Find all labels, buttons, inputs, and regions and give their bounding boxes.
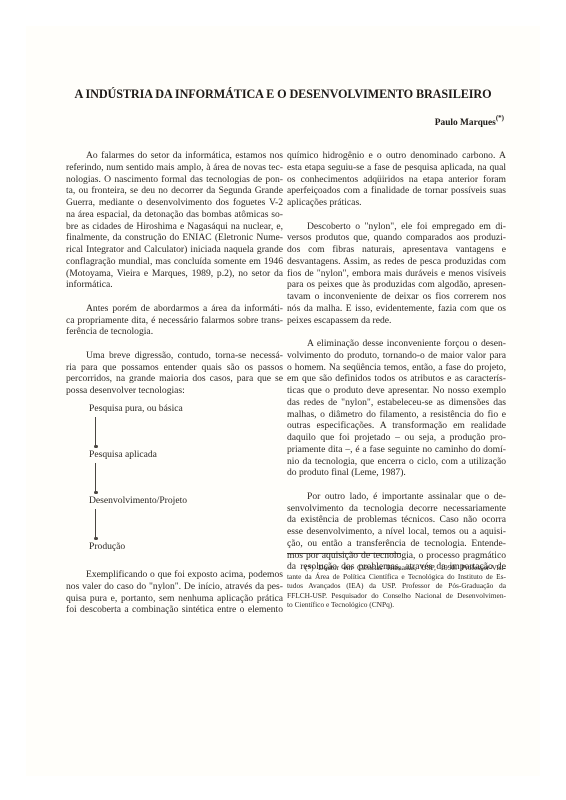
- text-line: esse desenvolvimento, a nível local, tem…: [287, 526, 506, 538]
- footnote-line: tante da Área de Política Científica e T…: [287, 572, 506, 581]
- arrow-down-icon: [95, 509, 96, 538]
- text-line: percorridos, na grande maioria dos casos…: [66, 373, 283, 385]
- text-line: Exemplificando o que foi exposto acima, …: [66, 569, 283, 581]
- text-line: priamente dita –, é a fase seguinte no c…: [287, 444, 506, 456]
- stage-basic-research: Pesquisa pura, ou básica: [89, 403, 183, 414]
- text-line: mos por aquisição de tecnologia, o proce…: [287, 550, 506, 562]
- text-line: tavam o inconveniente de deixar os fios …: [287, 291, 506, 303]
- text-line: Ao falarmes do setor da informática, est…: [66, 150, 283, 162]
- text-line: Uma breve digressão, contudo, torna-se n…: [66, 350, 283, 362]
- text-line: daquilo que foi projetado – ou seja, a p…: [287, 432, 506, 444]
- footnote-line: tudos Avançados (IEA) da USP. Professor …: [287, 581, 506, 590]
- text-line: nós da malha. E isso, evidentemente, faz…: [287, 303, 506, 315]
- text-line: aperfeiçoados com a finalidade de tornar…: [287, 185, 506, 197]
- text-line: versos produtos que, quando comparados a…: [287, 232, 506, 244]
- text-line: das redes de "nylon", estabeleceu-se as …: [287, 397, 506, 409]
- footnote-divider: [287, 553, 401, 554]
- text-line: ção, ou então a transferência de tecnolo…: [287, 538, 506, 550]
- right-column: químico hidrogênio e o outro denominado …: [287, 150, 506, 585]
- text-line: Por outro lado, é importante assinalar q…: [287, 491, 506, 503]
- paragraph-nylon-example: Exemplificando o que foi exposto acima, …: [66, 569, 283, 616]
- text-line: senvolvimento da tecnologia decorre nece…: [287, 503, 506, 515]
- text-line: Antes porém de abordarmos a área da info…: [66, 303, 283, 315]
- paragraph-digression: Uma breve digressão, contudo, torna-se n…: [66, 350, 283, 397]
- text-line: o homem. Na seqüência temos, então, a fa…: [287, 362, 506, 374]
- footnote-line: to Científico e Tecnológico (CNPq).: [287, 600, 506, 609]
- text-line: químico hidrogênio e o outro denominado …: [287, 150, 506, 162]
- footnote-line: FFLCH-USP. Pesquisador do Conselho Nacio…: [287, 591, 506, 600]
- text-line: da existência de problemas técnicos. Cas…: [287, 514, 506, 526]
- text-line: ca propriamente dita, é necessário falar…: [66, 315, 283, 327]
- text-line: ferência de tecnologia.: [66, 326, 283, 338]
- text-line: possa desenvolver tecnologias:: [66, 385, 283, 397]
- text-line: ria para que possamos entender quais são…: [66, 362, 283, 374]
- text-line: para os peixes que às produzidas com alg…: [287, 279, 506, 291]
- text-line: A eliminação desse inconveniente forçou …: [287, 338, 506, 350]
- text-line: fios de "nylon", embora mais duráveis e …: [287, 268, 506, 280]
- left-column-bottom: Exemplificando o que foi exposto acima, …: [66, 569, 283, 628]
- text-line: informática.: [66, 279, 283, 291]
- text-line: ta, ou fronteira, se deu no decorrer da …: [66, 185, 283, 197]
- paragraph-technical-problems: Por outro lado, é importante assinalar q…: [287, 491, 506, 573]
- arrow-down-icon: [95, 463, 96, 492]
- author-footnote: (*) Doutor em Ciências Humanas, USP, 199…: [287, 563, 506, 609]
- paragraph-nylon-products: Descoberto o "nylon", ele foi empregado …: [287, 221, 506, 327]
- text-line: peixes escapassem da rede.: [287, 315, 506, 327]
- arrow-down-icon: [95, 417, 96, 446]
- text-line: os conhecimentos adqüiridos na etapa ant…: [287, 174, 506, 186]
- paragraph-development: A eliminação desse inconveniente forçou …: [287, 338, 506, 479]
- text-line: aplicações práticas.: [287, 197, 506, 209]
- text-line: volvimento do produto, tornando-o de mai…: [287, 350, 506, 362]
- paragraph-continuation: químico hidrogênio e o outro denominado …: [287, 150, 506, 209]
- text-line: ticas que o produto deve apresentar. No …: [287, 385, 506, 397]
- text-line: bre as cidades de Hiroshima e Nagasáqui …: [66, 221, 283, 233]
- author-footnote-marker: (*): [496, 114, 504, 122]
- text-line: rical Integrator and Calculator) iniciad…: [66, 244, 283, 256]
- text-line: nologias. O nascimento formal das tecnol…: [66, 174, 283, 186]
- text-line: do produto final (Leme, 1987).: [287, 467, 506, 479]
- text-line: quisa pura e, portanto, sem nenhuma apli…: [66, 593, 283, 605]
- paragraph-transfer-intro: Antes porém de abordarmos a área da info…: [66, 303, 283, 338]
- text-line: desvantagens. Assim, as redes de pesca p…: [287, 256, 506, 268]
- text-line: Descoberto o "nylon", ele foi empregado …: [287, 221, 506, 233]
- text-line: nos valer do caso do "nylon". De início,…: [66, 581, 283, 593]
- text-line: conflagração mundial, mas concluída some…: [66, 256, 283, 268]
- article-title: A INDÚSTRIA DA INFORMÁTICA E O DESENVOLV…: [0, 87, 566, 102]
- text-line: referindo, num sentido mais amplo, à áre…: [66, 162, 283, 174]
- paragraph-intro: Ao falarmes do setor da informática, est…: [66, 150, 283, 291]
- text-line: outras especificações. A transformação e…: [287, 420, 506, 432]
- left-column: Ao falarmes do setor da informática, est…: [66, 150, 283, 409]
- stage-development: Desenvolvimento/Projeto: [89, 495, 187, 506]
- author-label: Paulo Marques: [435, 118, 496, 128]
- text-line: (Motoyama, Vieira e Marques, 1989, p.2),…: [66, 268, 283, 280]
- author-name: Paulo Marques(*): [435, 115, 504, 128]
- text-line: finalmente, da construção do ENIAC (Elet…: [66, 232, 283, 244]
- stage-applied-research: Pesquisa aplicada: [89, 449, 157, 460]
- text-line: Guerra, mediante o desenvolvimento dos f…: [66, 197, 283, 209]
- text-line: esta etapa seguiu-se a fase de pesquisa …: [287, 162, 506, 174]
- text-line: foi descoberta a combinação sintética en…: [66, 604, 283, 616]
- text-line: na área espacial, da detonação das bomba…: [66, 209, 283, 221]
- text-line: nio da tecnologia, que encerra o ciclo, …: [287, 456, 506, 468]
- stage-production: Produção: [89, 541, 125, 552]
- footnote-line: (*) Doutor em Ciências Humanas, USP, 199…: [287, 563, 506, 572]
- text-line: em que são definidos todos os atributos …: [287, 373, 506, 385]
- text-line: dos com fibras naturais, apresentava van…: [287, 244, 506, 256]
- text-line: malhas, o diâmetro do filamento, a resis…: [287, 409, 506, 421]
